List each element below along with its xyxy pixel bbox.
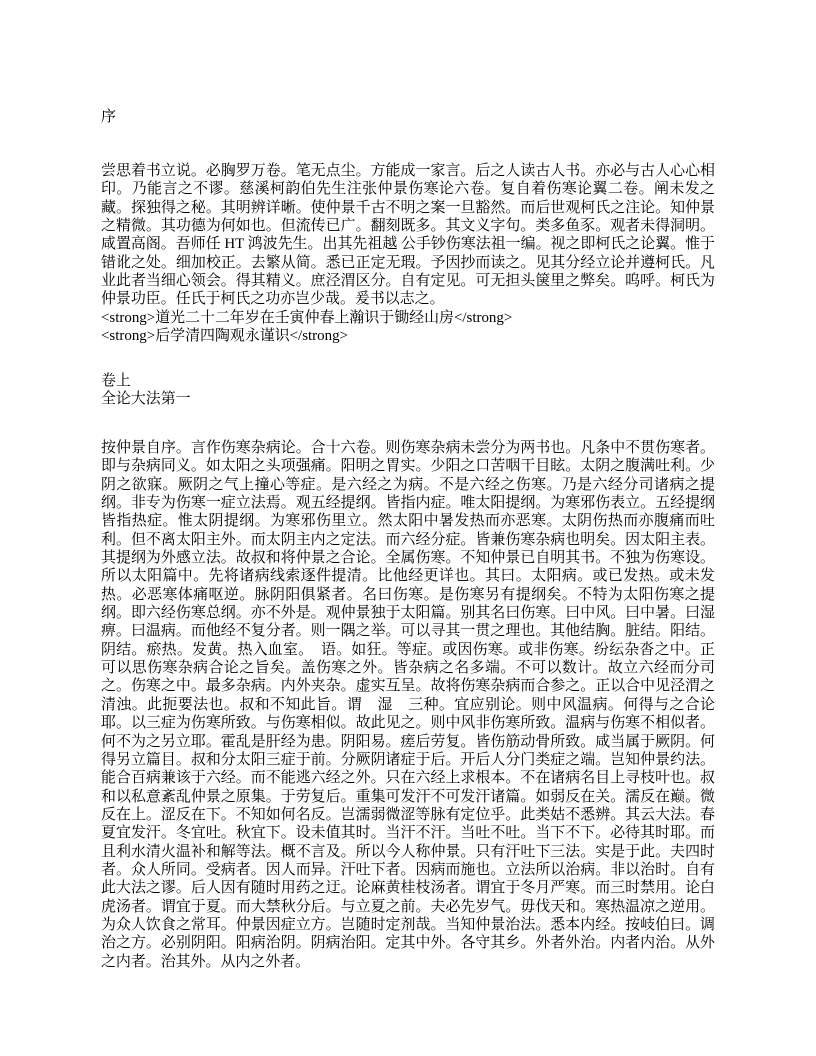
preface-heading: 序 [101, 108, 715, 126]
volume-section: 卷上 全论大法第一 [101, 372, 715, 409]
preface-signature-line-2: <strong>后学清四陶观永谨识</strong> [101, 327, 715, 345]
document-page: 序 尝思着书立说。必胸罗万卷。笔无点尘。方能成一家言。后之人读古人书。亦必与古人… [0, 0, 816, 1056]
preface-signature-line-1: <strong>道光二十二年岁在壬寅仲春上瀚识于锄经山房</strong> [101, 309, 715, 327]
chapter-heading: 全论大法第一 [101, 390, 715, 408]
preface-paragraph: 尝思着书立说。必胸罗万卷。笔无点尘。方能成一家言。后之人读古人书。亦必与古人心心… [101, 162, 715, 345]
preface-body: 尝思着书立说。必胸罗万卷。笔无点尘。方能成一家言。后之人读古人书。亦必与古人心心… [101, 163, 715, 307]
chapter-body: 按仲景自序。言作伤寒杂病论。合十六卷。则伤寒杂病未尝分为两书也。凡条中不贯伤寒者… [101, 439, 715, 971]
volume-heading: 卷上 [101, 372, 715, 390]
